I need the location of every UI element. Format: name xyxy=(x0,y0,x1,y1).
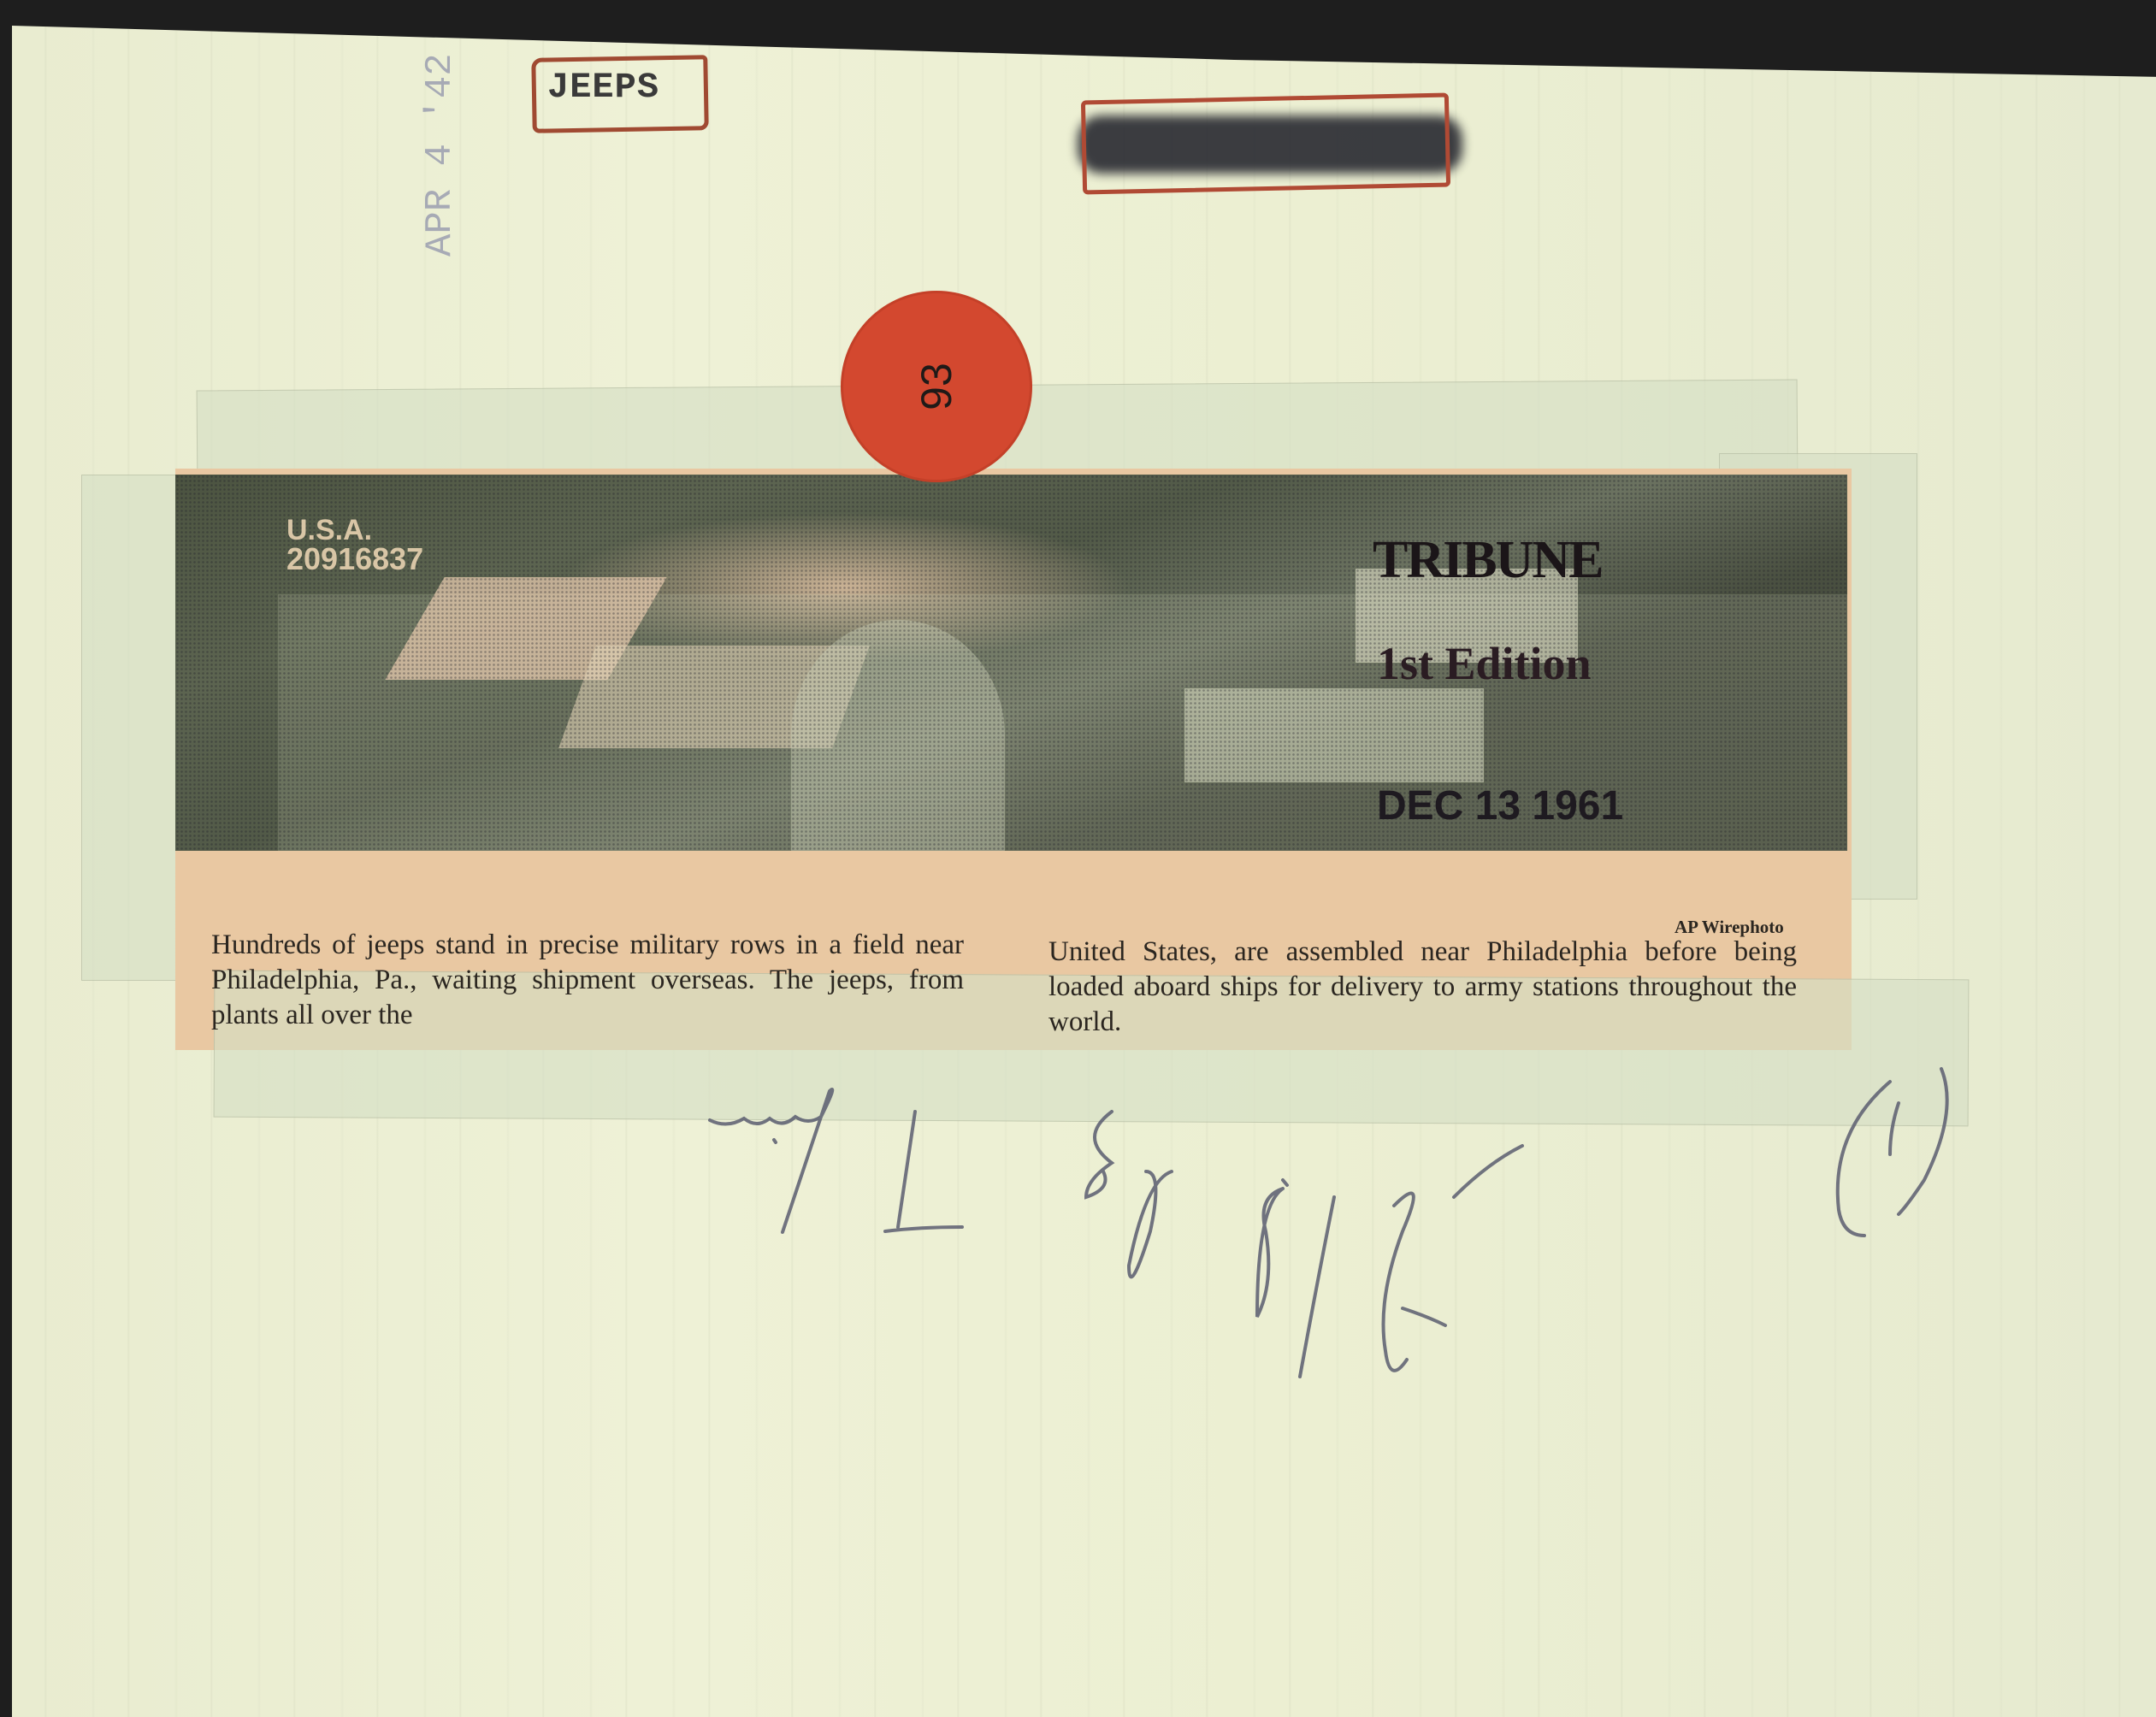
handwritten-annotation xyxy=(0,0,2156,1717)
